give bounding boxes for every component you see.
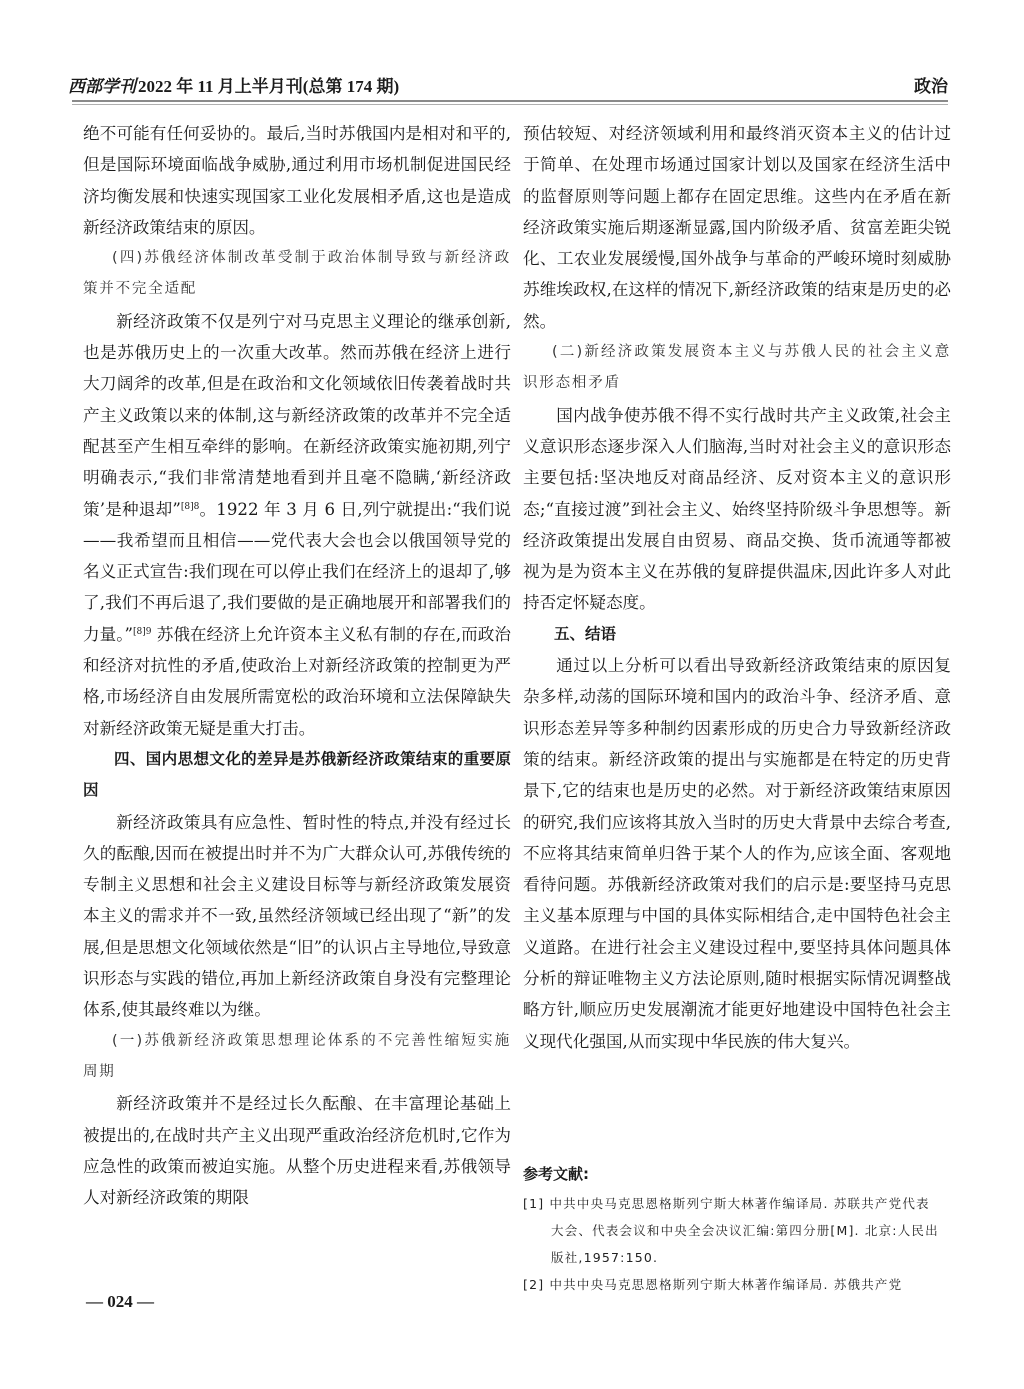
text-run: 新经济政策不仅是列宁对马克思主义理论的继承创新,也是苏俄历史上的一次重大改革。然…	[83, 312, 511, 519]
paragraph: 新经济政策具有应急性、暂时性的特点,并没有经过长久的酝酿,因而在被提出时并不为广…	[83, 807, 511, 1026]
header-rule-thin	[72, 104, 948, 105]
reference-item: [2] 中共中央马克思恩格斯列宁斯大林著作编译局. 苏俄共产党	[523, 1271, 943, 1298]
references-list: [1] 中共中央马克思恩格斯列宁斯大林著作编译局. 苏联共产党代表大会、代表会议…	[523, 1190, 943, 1298]
subheading: (四)苏俄经济体制改革受制于政治体制导致与新经济政策并不完全适配	[83, 243, 511, 306]
citation: [8]8	[181, 502, 199, 512]
subheading: (一)苏俄新经济政策思想理论体系的不完善性缩短实施周期	[83, 1026, 511, 1089]
journal-issue: 西部学刊2022 年 11 月上半月刊(总第 174 期)	[68, 72, 399, 97]
citation: [8]9	[133, 627, 151, 637]
subheading: (二)新经济政策发展资本主义与苏俄人民的社会主义意识形态相矛盾	[523, 337, 951, 400]
section-heading: 四、国内思想文化的差异是苏俄新经济政策结束的重要原因	[83, 744, 511, 807]
section-heading: 五、结语	[523, 619, 951, 650]
issue-label: 2022 年 11 月上半月刊(总第 174 期)	[138, 77, 399, 96]
page-number: — 024 —	[86, 1292, 154, 1312]
text-run: 。1922 年 3 月 6 日,列宁就提出:“我们说——我希望而且相信——党代表…	[83, 500, 511, 644]
header-rule	[72, 100, 948, 102]
paragraph: 新经济政策并不是经过长久酝酿、在丰富理论基础上被提出的,在战时共产主义出现严重政…	[83, 1088, 511, 1213]
right-column: 预估较短、对经济领域利用和最终消灭资本主义的估计过于简单、在处理市场通过国家计划…	[523, 118, 951, 1057]
reference-item: [1] 中共中央马克思恩格斯列宁斯大林著作编译局. 苏联共产党代表大会、代表会议…	[523, 1190, 943, 1271]
journal-logo: 西部学刊	[68, 77, 136, 97]
section-label: 政治	[914, 72, 948, 97]
paragraph: 绝不可能有任何妥协的。最后,当时苏俄国内是相对和平的,但是国际环境面临战争威胁,…	[83, 118, 511, 243]
paragraph: 通过以上分析可以看出导致新经济政策结束的原因复杂多样,动荡的国际环境和国内的政治…	[523, 650, 951, 1057]
paragraph: 国内战争使苏俄不得不实行战时共产主义政策,社会主义意识形态逐步深入人们脑海,当时…	[523, 400, 951, 619]
left-column: 绝不可能有任何妥协的。最后,当时苏俄国内是相对和平的,但是国际环境面临战争威胁,…	[83, 118, 511, 1213]
text-run: 苏俄在经济上允许资本主义私有制的存在,而政治和经济对抗性的矛盾,使政治上对新经济…	[83, 625, 511, 738]
running-header: 西部学刊2022 年 11 月上半月刊(总第 174 期) 政治	[68, 72, 948, 98]
paragraph: 预估较短、对经济领域利用和最终消灭资本主义的估计过于简单、在处理市场通过国家计划…	[523, 118, 951, 337]
paragraph-with-citations: 新经济政策不仅是列宁对马克思主义理论的继承创新,也是苏俄历史上的一次重大改革。然…	[83, 306, 511, 744]
references-title: 参考文献:	[523, 1163, 589, 1184]
